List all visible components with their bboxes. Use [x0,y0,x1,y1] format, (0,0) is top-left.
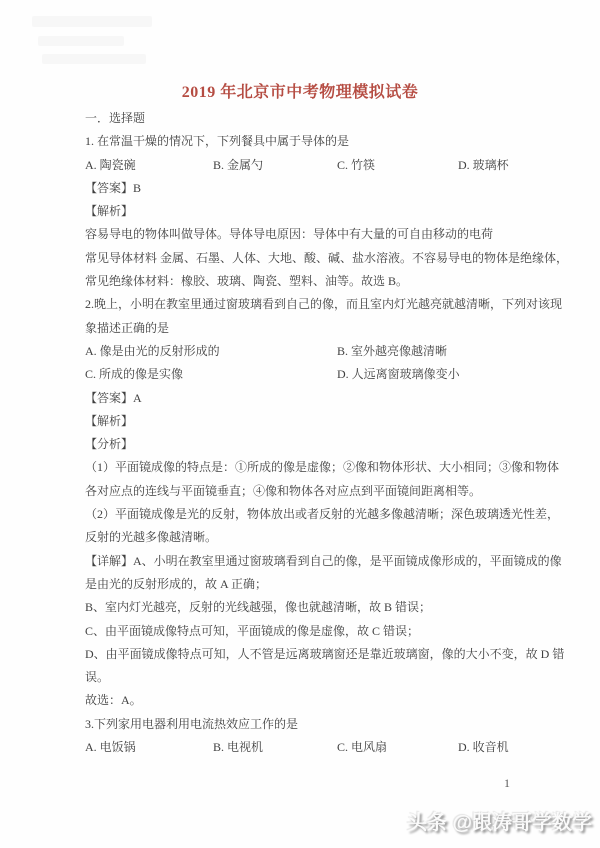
q3-option-d: D. 收音机 [458,736,509,759]
question-1-stem: 1. 在常温干燥的情况下，下列餐具中属于导体的是 [85,130,585,153]
question-3-stem: 3.下列家用电器利用电流热效应工作的是 [85,713,585,736]
q2-detail-line: 误。 [85,666,585,689]
q1-option-c: C. 竹筷 [337,154,375,177]
q2-analysis-line: （1）平面镜成像的特点是：①所成的像是虚像；②像和物体形状、大小相同；③像和物体 [85,456,585,479]
q1-option-d: D. 玻璃杯 [458,154,509,177]
page-number: 1 [504,776,510,791]
q1-analysis-marker: 【解析】 [85,200,585,223]
document-body: 一．选择题 1. 在常温干燥的情况下，下列餐具中属于导体的是 A. 陶瓷碗 B.… [85,107,585,759]
q1-explanation-line: 容易导电的物体叫做导体。导体导电原因：导体中有大量的可自由移动的电荷 [85,223,585,246]
section-header: 一．选择题 [85,107,585,130]
document-title: 2019 年北京市中考物理模拟试卷 [0,79,600,102]
q2-detail-line: C、由平面镜成像特点可知，平面镜成的像是虚像，故 C 错误； [85,620,585,643]
faint-scan-artifact [32,16,152,27]
q2-analysis-line: （2）平面镜成像是光的反射，物体放出或者反射的光越多像越清晰；深色玻璃透光性差， [85,503,585,526]
q2-detail-line: 是由光的反射形成的，故 A 正确； [85,573,585,596]
q3-option-a: A. 电饭锅 [85,736,136,759]
q1-option-a: A. 陶瓷碗 [85,154,136,177]
q2-answer: 【答案】A [85,387,585,410]
q2-fenxi-marker: 【分析】 [85,433,585,456]
question-2-stem-line2: 象描述正确的是 [85,317,585,340]
q2-analysis-marker: 【解析】 [85,410,585,433]
q2-option-c: C. 所成的像是实像 [85,363,183,386]
faint-scan-artifact [38,36,124,46]
q1-option-b: B. 金属勺 [213,154,263,177]
q2-detail-line: B、室内灯光越亮，反射的光线越强，像也就越清晰，故 B 错误； [85,596,585,619]
q1-explanation-line: 常见绝缘体材料：橡胶、玻璃、陶瓷、塑料、油等。故选 B。 [85,270,585,293]
q2-option-a: A. 像是由光的反射形成的 [85,340,220,363]
exam-document-page: 2019 年北京市中考物理模拟试卷 一．选择题 1. 在常温干燥的情况下，下列餐… [0,0,600,848]
q2-analysis-line: 反射的光越多像越清晰。 [85,526,585,549]
question-2-stem-line1: 2.晚上，小明在教室里通过窗玻璃看到自己的像，而且室内灯光越亮就越清晰，下列对该… [85,293,585,316]
question-2-options-row1: A. 像是由光的反射形成的 B. 室外越亮像越清晰 [85,340,585,363]
q1-explanation-line: 常见导体材料 金属、石墨、人体、大地、酸、碱、盐水溶液。不容易导电的物体是绝缘体… [85,247,585,270]
q2-option-d: D. 人远离窗玻璃像变小 [337,363,460,386]
q3-option-b: B. 电视机 [213,736,263,759]
q2-detail-line: 【详解】A、小明在教室里通过窗玻璃看到自己的像，是平面镜成像形成的，平面镜成的像 [85,550,585,573]
q1-answer: 【答案】B [85,177,585,200]
q2-option-b: B. 室外越亮像越清晰 [337,340,447,363]
q3-option-c: C. 电风扇 [337,736,387,759]
question-1-options: A. 陶瓷碗 B. 金属勺 C. 竹筷 D. 玻璃杯 [85,154,585,177]
question-3-options: A. 电饭锅 B. 电视机 C. 电风扇 D. 收音机 [85,736,585,759]
question-2-options-row2: C. 所成的像是实像 D. 人远离窗玻璃像变小 [85,363,585,386]
q2-detail-line: D、由平面镜成像特点可知，人不管是远离玻璃窗还是靠近玻璃窗，像的大小不变，故 D… [85,643,585,666]
q2-conclusion: 故选：A。 [85,689,585,712]
faint-scan-artifact [42,54,146,64]
watermark-toutiao: 头条 @跟涛哥学数学 [407,806,592,835]
q2-analysis-line: 各对应点的连线与平面镜垂直；④像和物体各对应点到平面镜间距离相等。 [85,480,585,503]
